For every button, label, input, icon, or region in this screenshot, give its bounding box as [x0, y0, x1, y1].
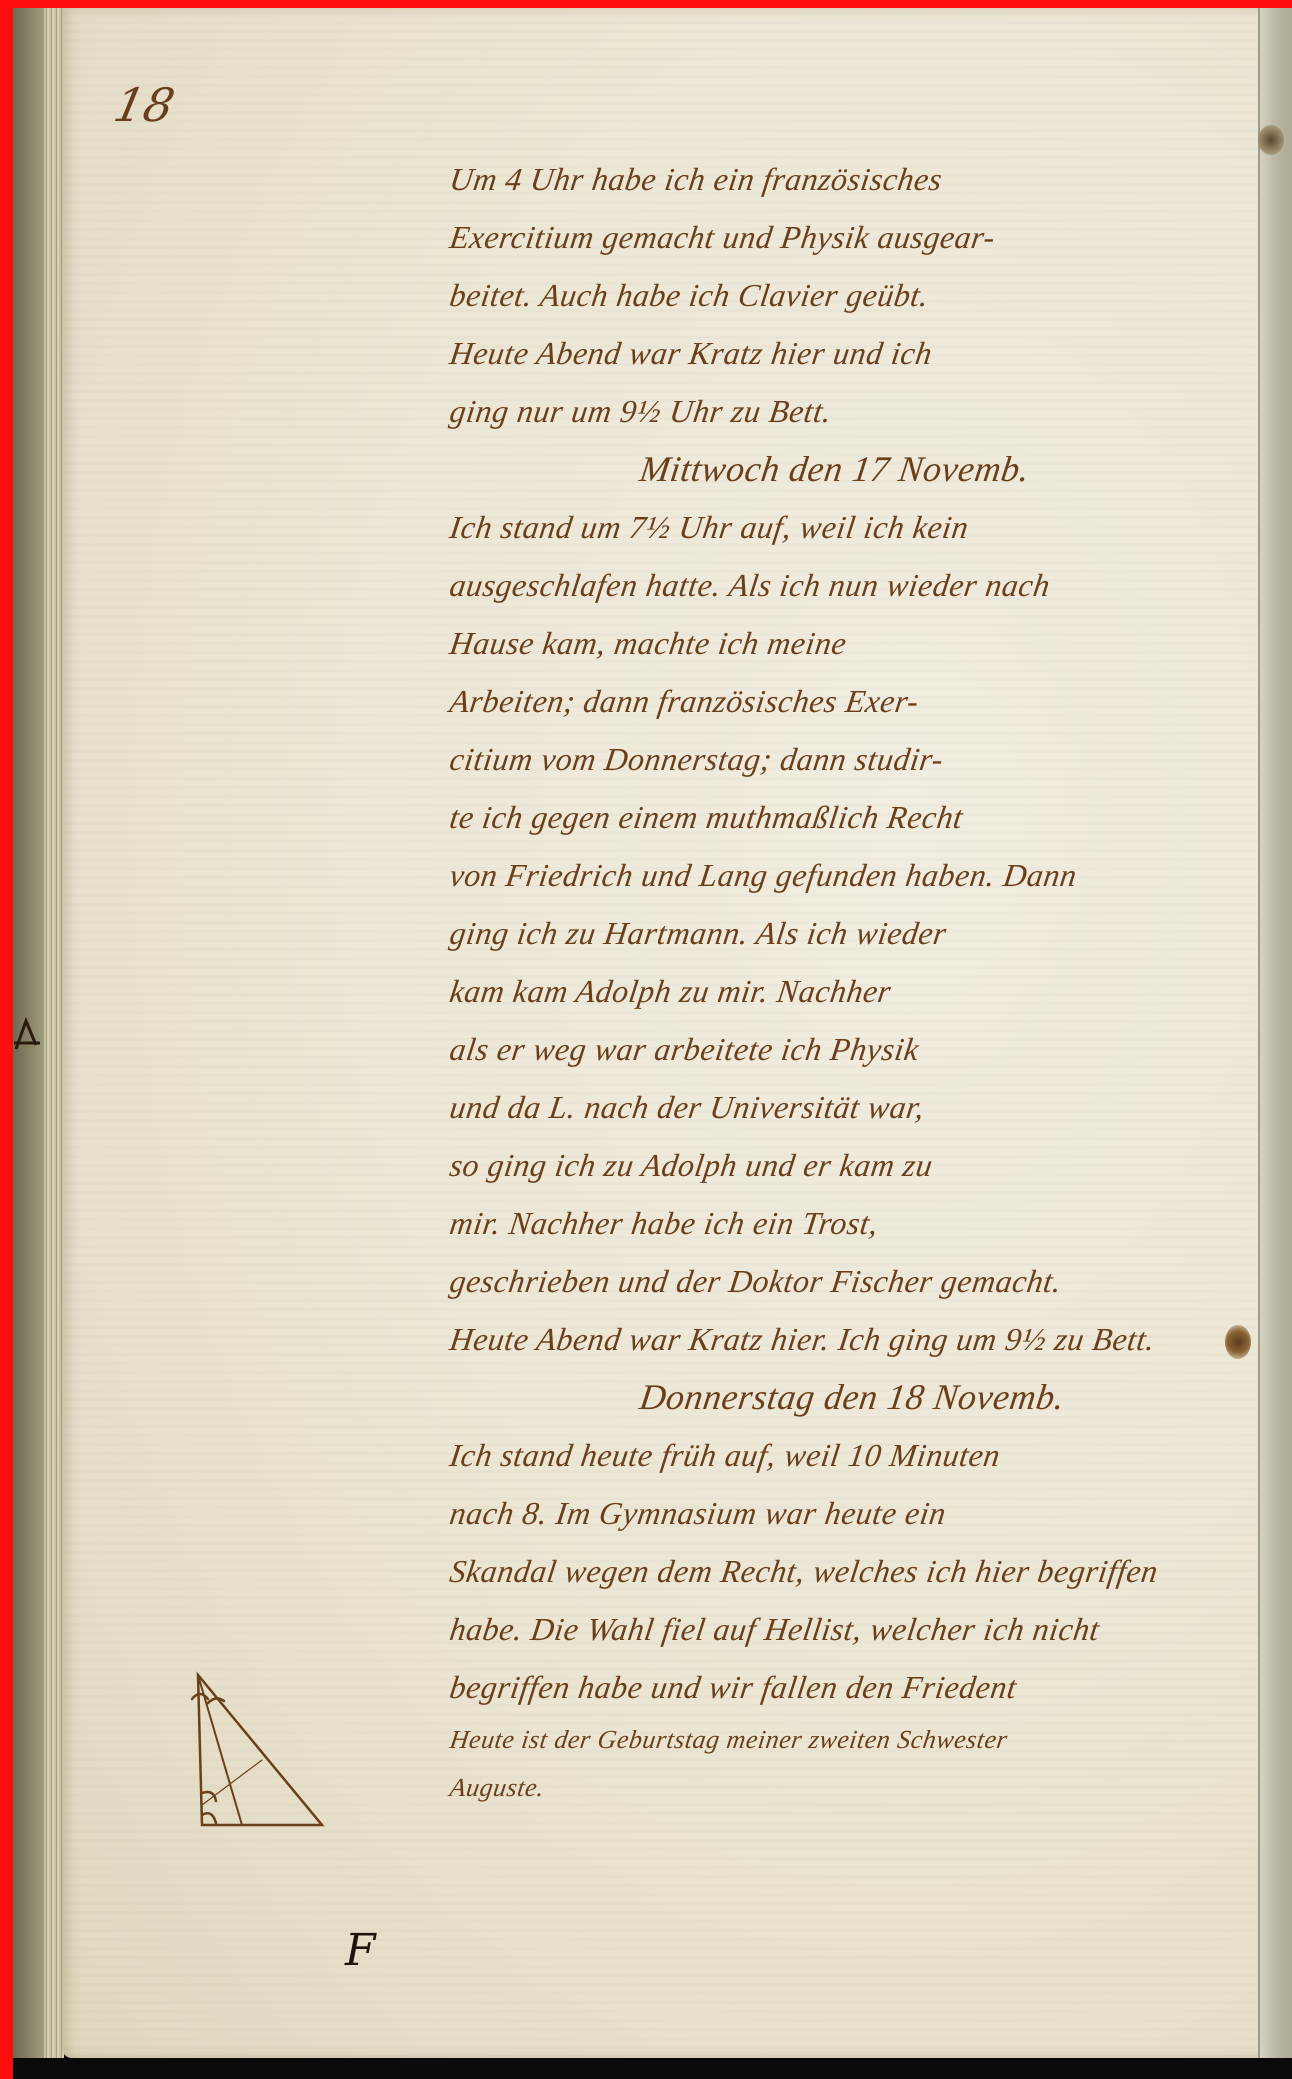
text-line: ausgeschlafen hatte. Als ich nun wieder …	[446, 556, 1244, 614]
text-line: Heute ist der Geburtstag meiner zweiten …	[447, 1716, 1244, 1764]
text-line: Skandal wegen dem Recht, welches ich hie…	[446, 1542, 1244, 1600]
date-heading-wednesday: Mittwoch den 17 Novemb.	[446, 440, 1244, 498]
text-line: kam kam Adolph zu mir. Nachher	[446, 962, 1244, 1020]
text-line: te ich gegen einem muthmaßlich Recht	[446, 788, 1244, 846]
text-line: Heute Abend war Kratz hier. Ich ging um …	[446, 1310, 1244, 1368]
date-heading-thursday: Donnerstag den 18 Novemb.	[446, 1368, 1244, 1426]
text-line: Ich stand um 7½ Uhr auf, weil ich kein	[446, 498, 1244, 556]
text-line: Um 4 Uhr habe ich ein französisches	[446, 150, 1244, 208]
text-line: von Friedrich und Lang gefunden haben. D…	[446, 846, 1244, 904]
margin-triangle-mark-icon	[12, 1015, 42, 1055]
text-line: ging nur um 9½ Uhr zu Bett.	[446, 382, 1244, 440]
folio-number: 18	[109, 78, 179, 132]
text-line: Ich stand heute früh auf, weil 10 Minute…	[446, 1426, 1244, 1484]
text-line: als er weg war arbeitete ich Physik	[446, 1020, 1244, 1078]
text-line: Heute Abend war Kratz hier und ich	[446, 324, 1244, 382]
book-gutter-right	[1258, 8, 1292, 2058]
text-line: citium vom Donnerstag; dann studir-	[446, 730, 1244, 788]
text-line: Arbeiten; dann französisches Exer-	[446, 672, 1244, 730]
text-line: habe. Die Wahl fiel auf Hellist, welcher…	[446, 1600, 1244, 1658]
text-line: begriffen habe und wir fallen den Friede…	[446, 1658, 1244, 1716]
text-line: Auguste.	[447, 1764, 1244, 1812]
triangle-sketch-icon	[190, 1665, 340, 1840]
diary-text: Um 4 Uhr habe ich ein französisches Exer…	[450, 150, 1240, 1812]
text-line: Exercitium gemacht und Physik ausgear-	[446, 208, 1244, 266]
text-line: so ging ich zu Adolph und er kam zu	[446, 1136, 1244, 1194]
red-frame-top	[0, 0, 1292, 8]
red-frame-left	[0, 0, 13, 2079]
margin-f-mark: F	[345, 1925, 376, 1976]
paper-damage-hole	[1258, 125, 1284, 155]
text-line: Hause kam, machte ich meine	[446, 614, 1244, 672]
text-line: geschrieben und der Doktor Fischer gemac…	[446, 1252, 1244, 1310]
page-stack-edge	[44, 8, 64, 2060]
text-line: ging ich zu Hartmann. Als ich wieder	[446, 904, 1244, 962]
text-line: nach 8. Im Gymnasium war heute ein	[446, 1484, 1244, 1542]
text-line: mir. Nachher habe ich ein Trost,	[446, 1194, 1244, 1252]
text-line: beitet. Auch habe ich Clavier geübt.	[446, 266, 1244, 324]
scan-background-bottom	[0, 2058, 1292, 2079]
text-line: und da L. nach der Universität war,	[446, 1078, 1244, 1136]
